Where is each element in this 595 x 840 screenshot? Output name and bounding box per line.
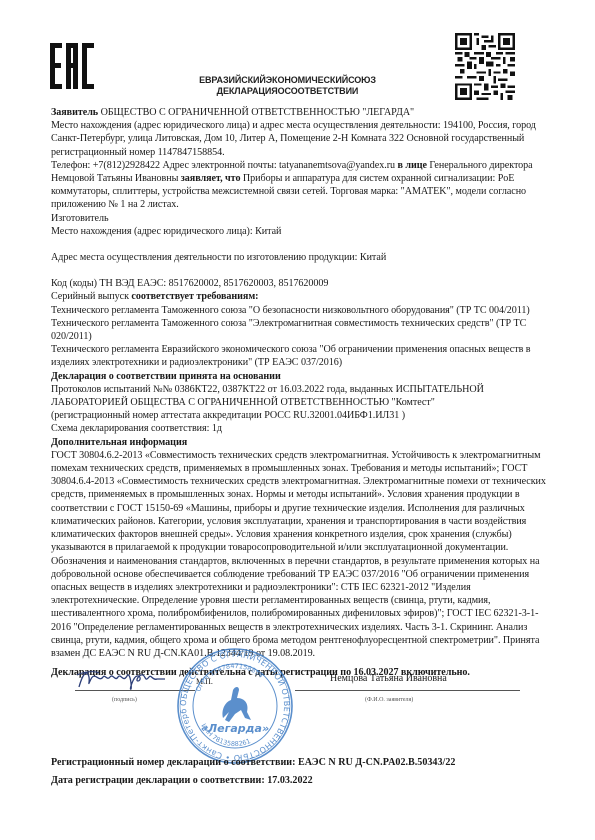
declaration-scheme: Схема декларирования соответствия: 1д <box>51 422 551 435</box>
applicant-contact: Телефон: +7(812)2928422 Адрес электронно… <box>51 159 551 212</box>
applicant-name: ОБЩЕСТВО С ОГРАНИЧЕННОЙ ОТВЕТСТВЕННОСТЬЮ… <box>98 107 414 118</box>
handwritten-signature <box>75 665 175 691</box>
name-label: (Ф.И.О. заявителя) <box>365 697 413 703</box>
applicant-address: Место нахождения (адрес юридического лиц… <box>51 119 551 159</box>
eac-letter-e <box>50 43 62 89</box>
declaration-body: Заявитель ОБЩЕСТВО С ОГРАНИЧЕННОЙ ОТВЕТС… <box>51 106 551 679</box>
signer-name: Немцова Татьяна Ивановна <box>330 673 447 684</box>
svg-text:«Легарда»: «Легарда» <box>201 722 269 735</box>
document-header: ЕВРАЗИЙСКИЙЭКОНОМИЧЕСКИЙСОЮЗ ДЕКЛАРАЦИЯО… <box>150 75 425 97</box>
regulation-item: Технического регламента Таможенного союз… <box>51 317 551 343</box>
eac-letter-a <box>66 43 78 89</box>
eac-letter-c <box>82 43 94 89</box>
test-protocols: Протоколов испытаний №№ 0386КТ22, 0387КТ… <box>51 383 551 409</box>
company-seal-icon: ОБЩЕСТВО С ОГРАНИЧЕННОЙ ОТВЕТСТВЕННОСТЬЮ… <box>175 646 295 766</box>
regulation-item: Технического регламента Евразийского эко… <box>51 343 551 369</box>
qr-code-icon <box>455 33 515 100</box>
manufacturer-location: Место нахождения (адрес юридического лиц… <box>51 225 551 238</box>
eac-logo <box>50 43 96 89</box>
basis-heading: Декларация о соответствии принята на осн… <box>51 370 551 383</box>
union-title: ЕВРАЗИЙСКИЙЭКОНОМИЧЕСКИЙСОЮЗ <box>150 75 425 86</box>
tn-ved-codes: Код (коды) ТН ВЭД ЕАЭС: 8517620002, 8517… <box>51 277 551 290</box>
registration-number: Регистрационный номер декларации о соотв… <box>51 757 455 768</box>
additional-info-text: ГОСТ 30804.6.2-2013 «Совместимость техни… <box>51 449 551 660</box>
compliance-heading: Серийный выпуск соответствует требования… <box>51 290 551 303</box>
declaration-title: ДЕКЛАРАЦИЯОСООТВЕТСТВИИ <box>150 86 425 97</box>
regulation-item: Технического регламента Таможенного союз… <box>51 304 551 317</box>
applicant-label: Заявитель <box>51 107 98 118</box>
accreditation-number: (регистрационный номер аттестата аккреди… <box>51 409 551 422</box>
applicant-section: Заявитель ОБЩЕСТВО С ОГРАНИЧЕННОЙ ОТВЕТС… <box>51 106 551 119</box>
production-address: Адрес места осуществления деятельности п… <box>51 251 551 264</box>
registration-date: Дата регистрации декларации о соответств… <box>51 775 313 786</box>
manufacturer-label: Изготовитель <box>51 212 551 225</box>
signature-label: (подпись) <box>112 697 137 703</box>
additional-info-heading: Дополнительная информация <box>51 436 551 449</box>
name-line <box>295 690 520 691</box>
